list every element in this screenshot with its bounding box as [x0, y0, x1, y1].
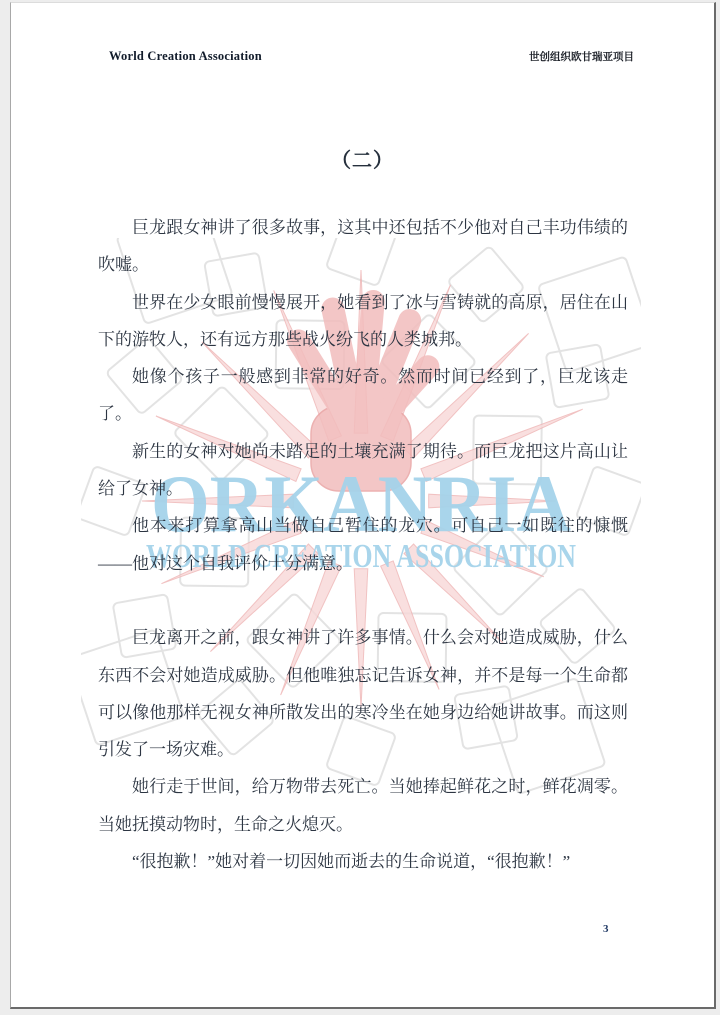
paragraph: 世界在少女眼前慢慢展开，她看到了冰与雪铸就的高原，居住在山下的游牧人，还有远方那…: [98, 284, 628, 359]
document-page: ORKANRIA WORLD CREATION ASSOCIATION Worl…: [10, 2, 716, 1009]
chapter-title: （二）: [11, 144, 714, 173]
document-body: 巨龙跟女神讲了很多故事，这其中还包括不少他对自己丰功伟绩的吹嘘。 世界在少女眼前…: [98, 209, 628, 880]
paragraph: 巨龙跟女神讲了很多故事，这其中还包括不少他对自己丰功伟绩的吹嘘。: [98, 209, 628, 284]
page-number: 3: [603, 923, 609, 935]
paragraph-break: [98, 582, 628, 619]
paragraph: 巨龙离开之前，跟女神讲了许多事情。什么会对她造成威胁，什么东西不会对她造成威胁。…: [98, 619, 628, 768]
paragraph: 她像个孩子一般感到非常的好奇。然而时间已经到了，巨龙该走了。: [98, 358, 628, 433]
page-header: World Creation Association 世创组织欧甘瑞亚项目: [109, 49, 634, 64]
paragraph: 他本来打算拿高山当做自己暂住的龙穴。可自己一如既往的慷慨——他对这个自我评价十分…: [98, 507, 628, 582]
paragraph: 她行走于世间，给万物带去死亡。当她捧起鲜花之时，鲜花凋零。当她抚摸动物时，生命之…: [98, 768, 628, 843]
header-organization-name: World Creation Association: [109, 49, 262, 64]
paragraph: “很抱歉！”她对着一切因她而逝去的生命说道，“很抱歉！”: [98, 843, 628, 880]
paragraph: 新生的女神对她尚未踏足的土壤充满了期待。而巨龙把这片高山让给了女神。: [98, 433, 628, 508]
header-project-name: 世创组织欧甘瑞亚项目: [529, 49, 634, 64]
